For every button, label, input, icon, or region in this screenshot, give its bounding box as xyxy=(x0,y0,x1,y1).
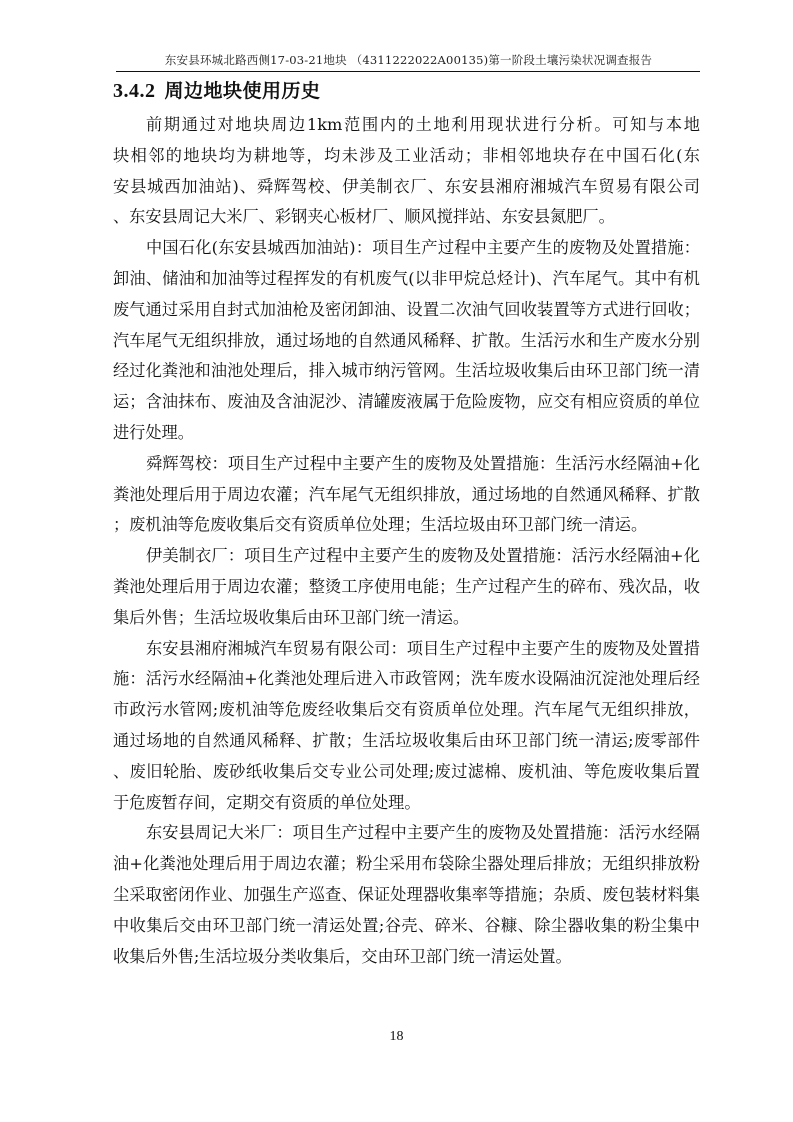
body-text: 前期通过对地块周边1km范围内的土地利用现状进行分析。可知与本地 块相邻的地块均… xyxy=(113,110,700,972)
text-line: 卸油、储油和加油等过程挥发的有机废气(以非甲烷总烃计)、汽车尾气。其中有机 xyxy=(113,264,700,295)
paragraph-overview: 前期通过对地块周边1km范围内的土地利用现状进行分析。可知与本地 块相邻的地块均… xyxy=(113,110,700,233)
text-line: 、东安县周记大米厂、彩钢夹心板材厂、顺风搅拌站、东安县氮肥厂。 xyxy=(113,202,700,233)
paragraph-auto-trading: 东安县湘府湘城汽车贸易有限公司：项目生产过程中主要产生的废物及处置措 施：活污水… xyxy=(113,634,700,819)
text-line: 通过场地的自然通风稀释、扩散；生活垃圾收集后由环卫部门统一清运;废零部件 xyxy=(113,726,700,757)
text-line: 废气通过采用自封式加油枪及密闭卸油、设置二次油气回收装置等方式进行回收； xyxy=(113,295,700,326)
text-line: 市政污水管网;废机油等危废经收集后交有资质单位处理。汽车尾气无组织排放， xyxy=(113,695,700,726)
text-line: 前期通过对地块周边1km范围内的土地利用现状进行分析。可知与本地 xyxy=(113,110,700,141)
text-line: 东安县湘府湘城汽车贸易有限公司：项目生产过程中主要产生的废物及处置措 xyxy=(113,634,700,665)
text-line: 粪池处理后用于周边农灌；汽车尾气无组织排放，通过场地的自然通风稀释、扩散 xyxy=(113,480,700,511)
paragraph-rice-mill: 东安县周记大米厂：项目生产过程中主要产生的废物及处置措施：活污水经隔 油+化粪池… xyxy=(113,818,700,972)
text-line: 于危废暂存间，定期交有资质的单位处理。 xyxy=(113,788,700,819)
header-rule xyxy=(116,71,700,72)
running-header: 东安县环城北路西侧17-03-21地块 （4311222022A00135)第一… xyxy=(117,52,700,68)
paragraph-sinopec: 中国石化(东安县城西加油站)：项目生产过程中主要产生的废物及处置措施： 卸油、储… xyxy=(113,233,700,449)
paragraph-garment-factory: 伊美制衣厂：项目生产过程中主要产生的废物及处置措施：活污水经隔油+化 粪池处理后… xyxy=(113,541,700,633)
section-title: 周边地块使用历史 xyxy=(165,80,321,102)
text-line: 收集后外售;生活垃圾分类收集后，交由环卫部门统一清运处置。 xyxy=(113,942,700,973)
text-line: 中国石化(东安县城西加油站)：项目生产过程中主要产生的废物及处置措施： xyxy=(113,233,700,264)
text-line: 东安县周记大米厂：项目生产过程中主要产生的废物及处置措施：活污水经隔 xyxy=(113,818,700,849)
text-line: 经过化粪池和油池处理后，排入城市纳污管网。生活垃圾收集后由环卫部门统一清 xyxy=(113,356,700,387)
text-line: 施：活污水经隔油+化粪池处理后进入市政管网；洗车废水设隔油沉淀池处理后经 xyxy=(113,664,700,695)
text-line: 油+化粪池处理后用于周边农灌；粉尘采用布袋除尘器处理后排放；无组织排放粉 xyxy=(113,849,700,880)
text-line: ；废机油等危废收集后交有资质单位处理；生活垃圾由环卫部门统一清运。 xyxy=(113,510,700,541)
text-line: 汽车尾气无组织排放，通过场地的自然通风稀释、扩散。生活污水和生产废水分别 xyxy=(113,326,700,357)
text-line: 舜辉驾校：项目生产过程中主要产生的废物及处置措施：生活污水经隔油+化 xyxy=(113,449,700,480)
text-line: 伊美制衣厂：项目生产过程中主要产生的废物及处置措施：活污水经隔油+化 xyxy=(113,541,700,572)
text-line: 粪池处理后用于周边农灌；整烫工序使用电能；生产过程产生的碎布、残次品，收 xyxy=(113,572,700,603)
section-number: 3.4.2 xyxy=(113,80,156,102)
page-number: 18 xyxy=(0,1029,793,1045)
text-line: 安县城西加油站)、舜辉驾校、伊美制衣厂、东安县湘府湘城汽车贸易有限公司 xyxy=(113,172,700,203)
text-line: 中收集后交由环卫部门统一清运处置;谷壳、碎米、谷糠、除尘器收集的粉尘集中 xyxy=(113,911,700,942)
section-heading: 3.4.2周边地块使用历史 xyxy=(113,76,321,103)
text-line: 块相邻的地块均为耕地等，均未涉及工业活动；非相邻地块存在中国石化(东 xyxy=(113,141,700,172)
text-line: 进行处理。 xyxy=(113,418,700,449)
text-line: 集后外售；生活垃圾收集后由环卫部门统一清运。 xyxy=(113,603,700,634)
text-line: 运；含油抹布、废油及含油泥沙、清罐废液属于危险废物，应交有相应资质的单位 xyxy=(113,387,700,418)
text-line: 尘采取密闭作业、加强生产巡查、保证处理器收集率等措施；杂质、废包装材料集 xyxy=(113,880,700,911)
text-line: 、废旧轮胎、废砂纸收集后交专业公司处理;废过滤棉、废机油、等危废收集后置 xyxy=(113,757,700,788)
paragraph-driving-school: 舜辉驾校：项目生产过程中主要产生的废物及处置措施：生活污水经隔油+化 粪池处理后… xyxy=(113,449,700,541)
